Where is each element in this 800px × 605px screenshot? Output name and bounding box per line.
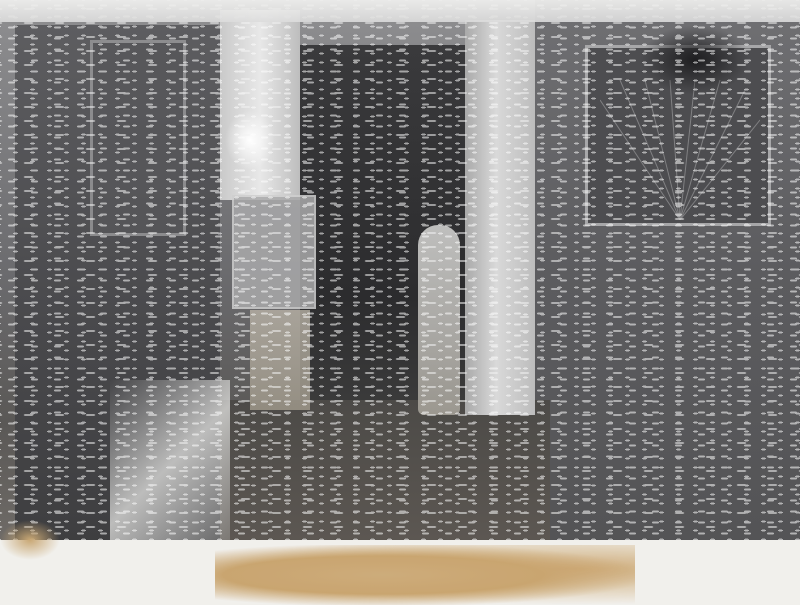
paper-top-edge: [0, 0, 800, 22]
tan-stain-left: [0, 520, 60, 560]
distressed-photo: [0, 0, 800, 605]
flaking-texture: [0, 0, 800, 605]
tan-stain: [215, 545, 635, 605]
